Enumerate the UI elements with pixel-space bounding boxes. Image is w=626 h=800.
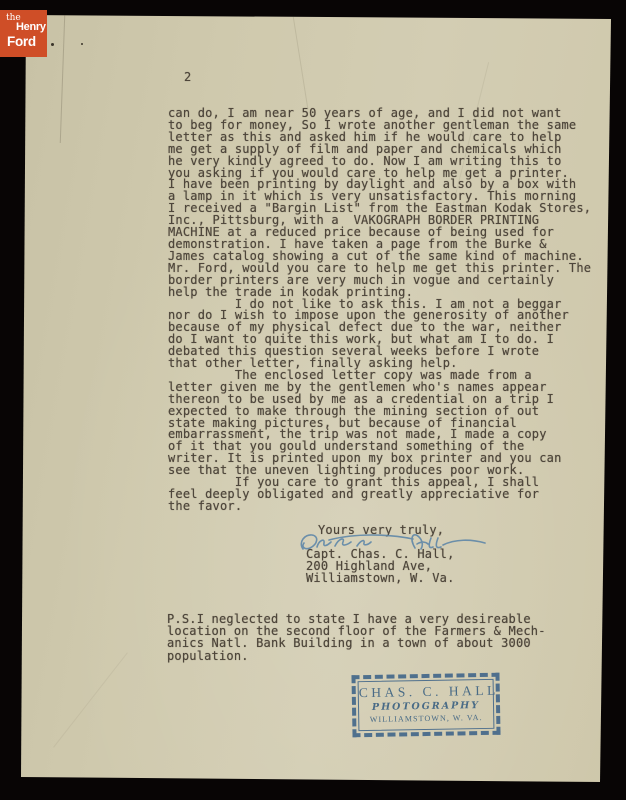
paper-crease xyxy=(293,16,309,110)
henry-ford-logo: the Henry Ford xyxy=(0,10,47,57)
stamp-subtitle: PHOTOGRAPHY xyxy=(359,700,493,713)
paper-speck xyxy=(81,43,83,45)
paper-crease xyxy=(60,15,65,143)
typed-line: the favor. xyxy=(168,501,591,513)
postscript: P.S.I neglected to state I have a very d… xyxy=(167,613,546,662)
logo-word-ford: Ford xyxy=(7,34,36,49)
letter-body: can do, I am near 50 years of age, and I… xyxy=(168,108,591,513)
closing-address-city: Williamstown, W. Va. xyxy=(306,571,455,585)
typed-line: population. xyxy=(167,650,546,662)
typed-line: anics Natl. Bank Building in a town of a… xyxy=(167,637,546,649)
stamp-inner-border: CHAS. C. HALL PHOTOGRAPHY WILLIAMSTOWN, … xyxy=(358,679,495,731)
scanned-letter-photo: 2 can do, I am near 50 years of age, and… xyxy=(0,0,626,800)
stamp-name: CHAS. C. HALL xyxy=(359,683,493,701)
photography-rubber-stamp: CHAS. C. HALL PHOTOGRAPHY WILLIAMSTOWN, … xyxy=(351,673,500,738)
paper-speck xyxy=(51,43,54,46)
stamp-town: WILLIAMSTOWN, W. VA. xyxy=(359,713,493,724)
logo-word-henry: Henry xyxy=(16,21,46,33)
paper-crease xyxy=(53,652,128,747)
page-number: 2 xyxy=(184,70,191,84)
letter-paper: 2 can do, I am near 50 years of age, and… xyxy=(0,0,626,800)
